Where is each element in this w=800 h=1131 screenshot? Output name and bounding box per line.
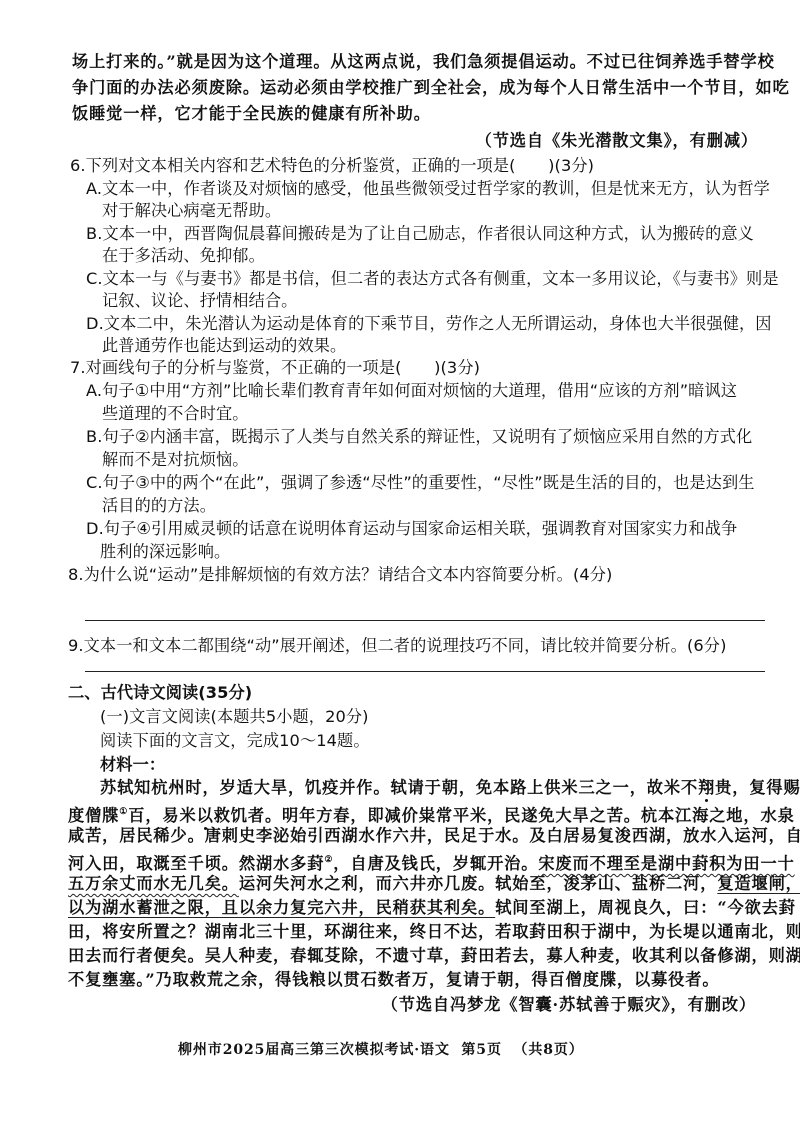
text1-line-2: 争门面的办法必须废除。运动必须由学校推广到全社会，成为每个人日常生活中一个节目，… — [72, 78, 790, 98]
section2-instruction: 阅读下面的文言文，完成10～14题。 — [100, 731, 370, 751]
passage-text: 救饥者。明年方春，即减价粜常平米，民遂免大旱之苦。杭本江海之地，水泉 — [214, 806, 795, 825]
passage-text: 百，易米 — [128, 806, 196, 825]
passage-text: 贵，复得赐 — [715, 778, 800, 797]
passage-text: 运河失河水之利，而六井亦几废。轼始至，浚茅山、盐桥二河， — [239, 874, 717, 893]
section2-subheading: (一)文言文阅读(本题共5小题，20分) — [100, 707, 369, 727]
emphasis-dot-char: 翔 — [698, 778, 715, 797]
passage-text: 轼间至湖上，周视良久，曰：“今欲去葑 — [495, 898, 796, 917]
passage-citation: （节选自冯梦龙《智囊·苏轼善于赈灾》，有删改） — [382, 995, 756, 1015]
passage-line-4: 河入田，取溉至千顷。然湖水多葑②，自唐及钱氏，岁辄开治。宋废而不理至是湖中葑积为… — [68, 850, 795, 874]
emphasis-dot-char: 以 — [197, 806, 214, 825]
passage-line-1: 苏轼知杭州时，岁适大旱，饥疫并作。轼请于朝，免本路上供米三之一，故米不翔贵，复得… — [100, 778, 800, 798]
footnote-marker-2: ② — [324, 855, 333, 865]
q6-option-b-cont: 在于多活动、免抑郁。 — [102, 246, 265, 266]
q7-option-b-cont: 解而不是对抗烦恼。 — [102, 450, 249, 470]
q9-answer-line[interactable] — [85, 671, 765, 672]
q7-option-c: C.句子③中的两个“在此”，强调了参透“尽性”的重要性，“尽性”既是生活的目的，… — [86, 473, 755, 493]
q8-stem: 8.为什么说“运动”是排解烦恼的有效方法？请结合文本内容简要分析。(4分) — [68, 565, 612, 585]
section2-heading: 二、古代诗文阅读(35分) — [68, 683, 252, 703]
q7-option-b: B.句子②内涵丰富，既揭示了人类与自然关系的辩证性，又说明有了烦恼应采用自然的方… — [86, 427, 752, 447]
passage-text: 度僧牒 — [68, 806, 119, 825]
passage-line-8: 田去而行者便矣。吴人种麦，春辄芟除，不遗寸草，葑田若去，募人种麦，收其利以备修湖… — [68, 946, 800, 966]
footnote-marker-1: ① — [119, 807, 128, 817]
q7-option-d-cont: 胜利的深远影响。 — [100, 542, 230, 562]
passage-line-9: 不复壅塞。”乃取救荒之余，得钱粮以贯石数者万，复请于朝，得百僧度牒，以募役者。 — [68, 970, 719, 990]
text1-line-3: 饭睡觉一样，它才能于全民族的健康有所补助。 — [72, 104, 431, 124]
material-1-label: 材料一： — [100, 755, 165, 775]
q7-stem: 7.对画线句子的分析与鉴赏，不正确的一项是( )(3分) — [70, 358, 480, 378]
q7-option-c-cont: 活目的的方法。 — [102, 496, 216, 516]
q6-option-c: C.文本一与《与妻书》都是书信，但二者的表达方式各有侧重，文本一多用议论，《与妻… — [86, 269, 779, 289]
q9-stem: 9.文本一和文本二都围绕“动”展开阐述，但二者的说理技巧不同，请比较并简要分析。… — [68, 636, 726, 656]
q6-option-d: D.文本二中，朱光潜认为运动是体育的下乘节目，劳作之人无所谓运动，身体也大半很强… — [86, 314, 772, 334]
passage-text: ，自唐及钱氏，岁辄开治。 — [333, 854, 538, 873]
exam-page: 场上打来的。”就是因为这个道理。从这两点说，我们急须提倡运动。不过已往饲养选手替… — [0, 0, 800, 1131]
footer-exam-title: 柳州市2025届高三第三次模拟考试·语文 — [178, 1042, 450, 1058]
q6-option-a-cont: 对于解决心病毫无帮助。 — [102, 201, 281, 221]
q7-option-d: D.句子④引用威灵顿的话意在说明体育运动与国家命运相关联，强调教育对国家实力和战… — [86, 519, 737, 539]
text1-line-1: 场上打来的。”就是因为这个道理。从这两点说，我们急须提倡运动。不过已往饲养选手替… — [72, 52, 775, 72]
passage-text: 苏轼知杭州时，岁适大旱，饥疫并作。轼请于朝，免本路上供米三之一，故米不 — [100, 778, 698, 797]
underlined-sentence: 以为湖水蓄泄之限，且以余力复完六井，民稍获其利矣。 — [68, 898, 495, 917]
footer-page-number: 第5页 — [461, 1042, 501, 1058]
text1-citation: （节选自《朱光潜散文集》，有删减） — [476, 131, 758, 151]
q7-option-a-cont: 些道理的不合时宜。 — [102, 404, 249, 424]
q8-answer-line[interactable] — [85, 620, 765, 621]
wavy-underlined-sentence: 五万余丈而水无几矣。 — [68, 874, 239, 893]
passage-line-6: 以为湖水蓄泄之限，且以余力复完六井，民稍获其利矣。轼间至湖上，周视良久，曰：“今… — [68, 898, 796, 918]
q6-stem: 6.下列对文本相关内容和艺术特色的分析鉴赏，正确的一项是( )(3分) — [70, 156, 594, 176]
passage-line-2: 度僧牒①百，易米以救饥者。明年方春，即减价粜常平米，民遂免大旱之苦。杭本江海之地… — [68, 802, 795, 826]
q6-option-c-cont: 记叙、议论、抒情相结合。 — [102, 291, 297, 311]
q6-option-a: A.文本一中，作者谈及对烦恼的感受，他虽些微领受过哲学家的教训，但是忧来无方，认… — [86, 179, 770, 199]
underlined-sentence: 复造堰闸， — [717, 874, 800, 893]
passage-line-5: 五万余丈而水无几矣。运河失河水之利，而六井亦几废。轼始至，浚茅山、盐桥二河，复造… — [68, 874, 800, 894]
q6-option-b: B.文本一中，西晋陶侃晨暮间搬砖是为了让自己励志，作者很认同这种方式，认为搬砖的… — [86, 224, 754, 244]
passage-line-7: 田，将安所置之？湖南北三十里，环湖往来，终日不达，若取葑田积于湖中，为长堤以通南… — [68, 922, 800, 942]
q6-option-d-cont: 此普通劳作也能达到运动的效果。 — [102, 336, 346, 356]
passage-line-3: 咸苦，居民稀少。唐刺史李泌始引西湖水作六井，民足于水。及白居易复浚西湖，放水入运… — [68, 826, 800, 846]
wavy-underlined-sentence: 宋废而不理至是湖中葑积为田一十 — [538, 854, 794, 873]
page-footer: 柳州市2025届高三第三次模拟考试·语文 第5页 （共8页） — [178, 1040, 584, 1060]
q7-option-a: A.句子①中用“方剂”比喻长辈们教育青年如何面对烦恼的大道理，借用“应该的方剂”… — [86, 381, 737, 401]
footer-total-pages: （共8页） — [513, 1042, 583, 1058]
passage-text: 河入田，取溉至千顷。然湖水多葑 — [68, 854, 324, 873]
